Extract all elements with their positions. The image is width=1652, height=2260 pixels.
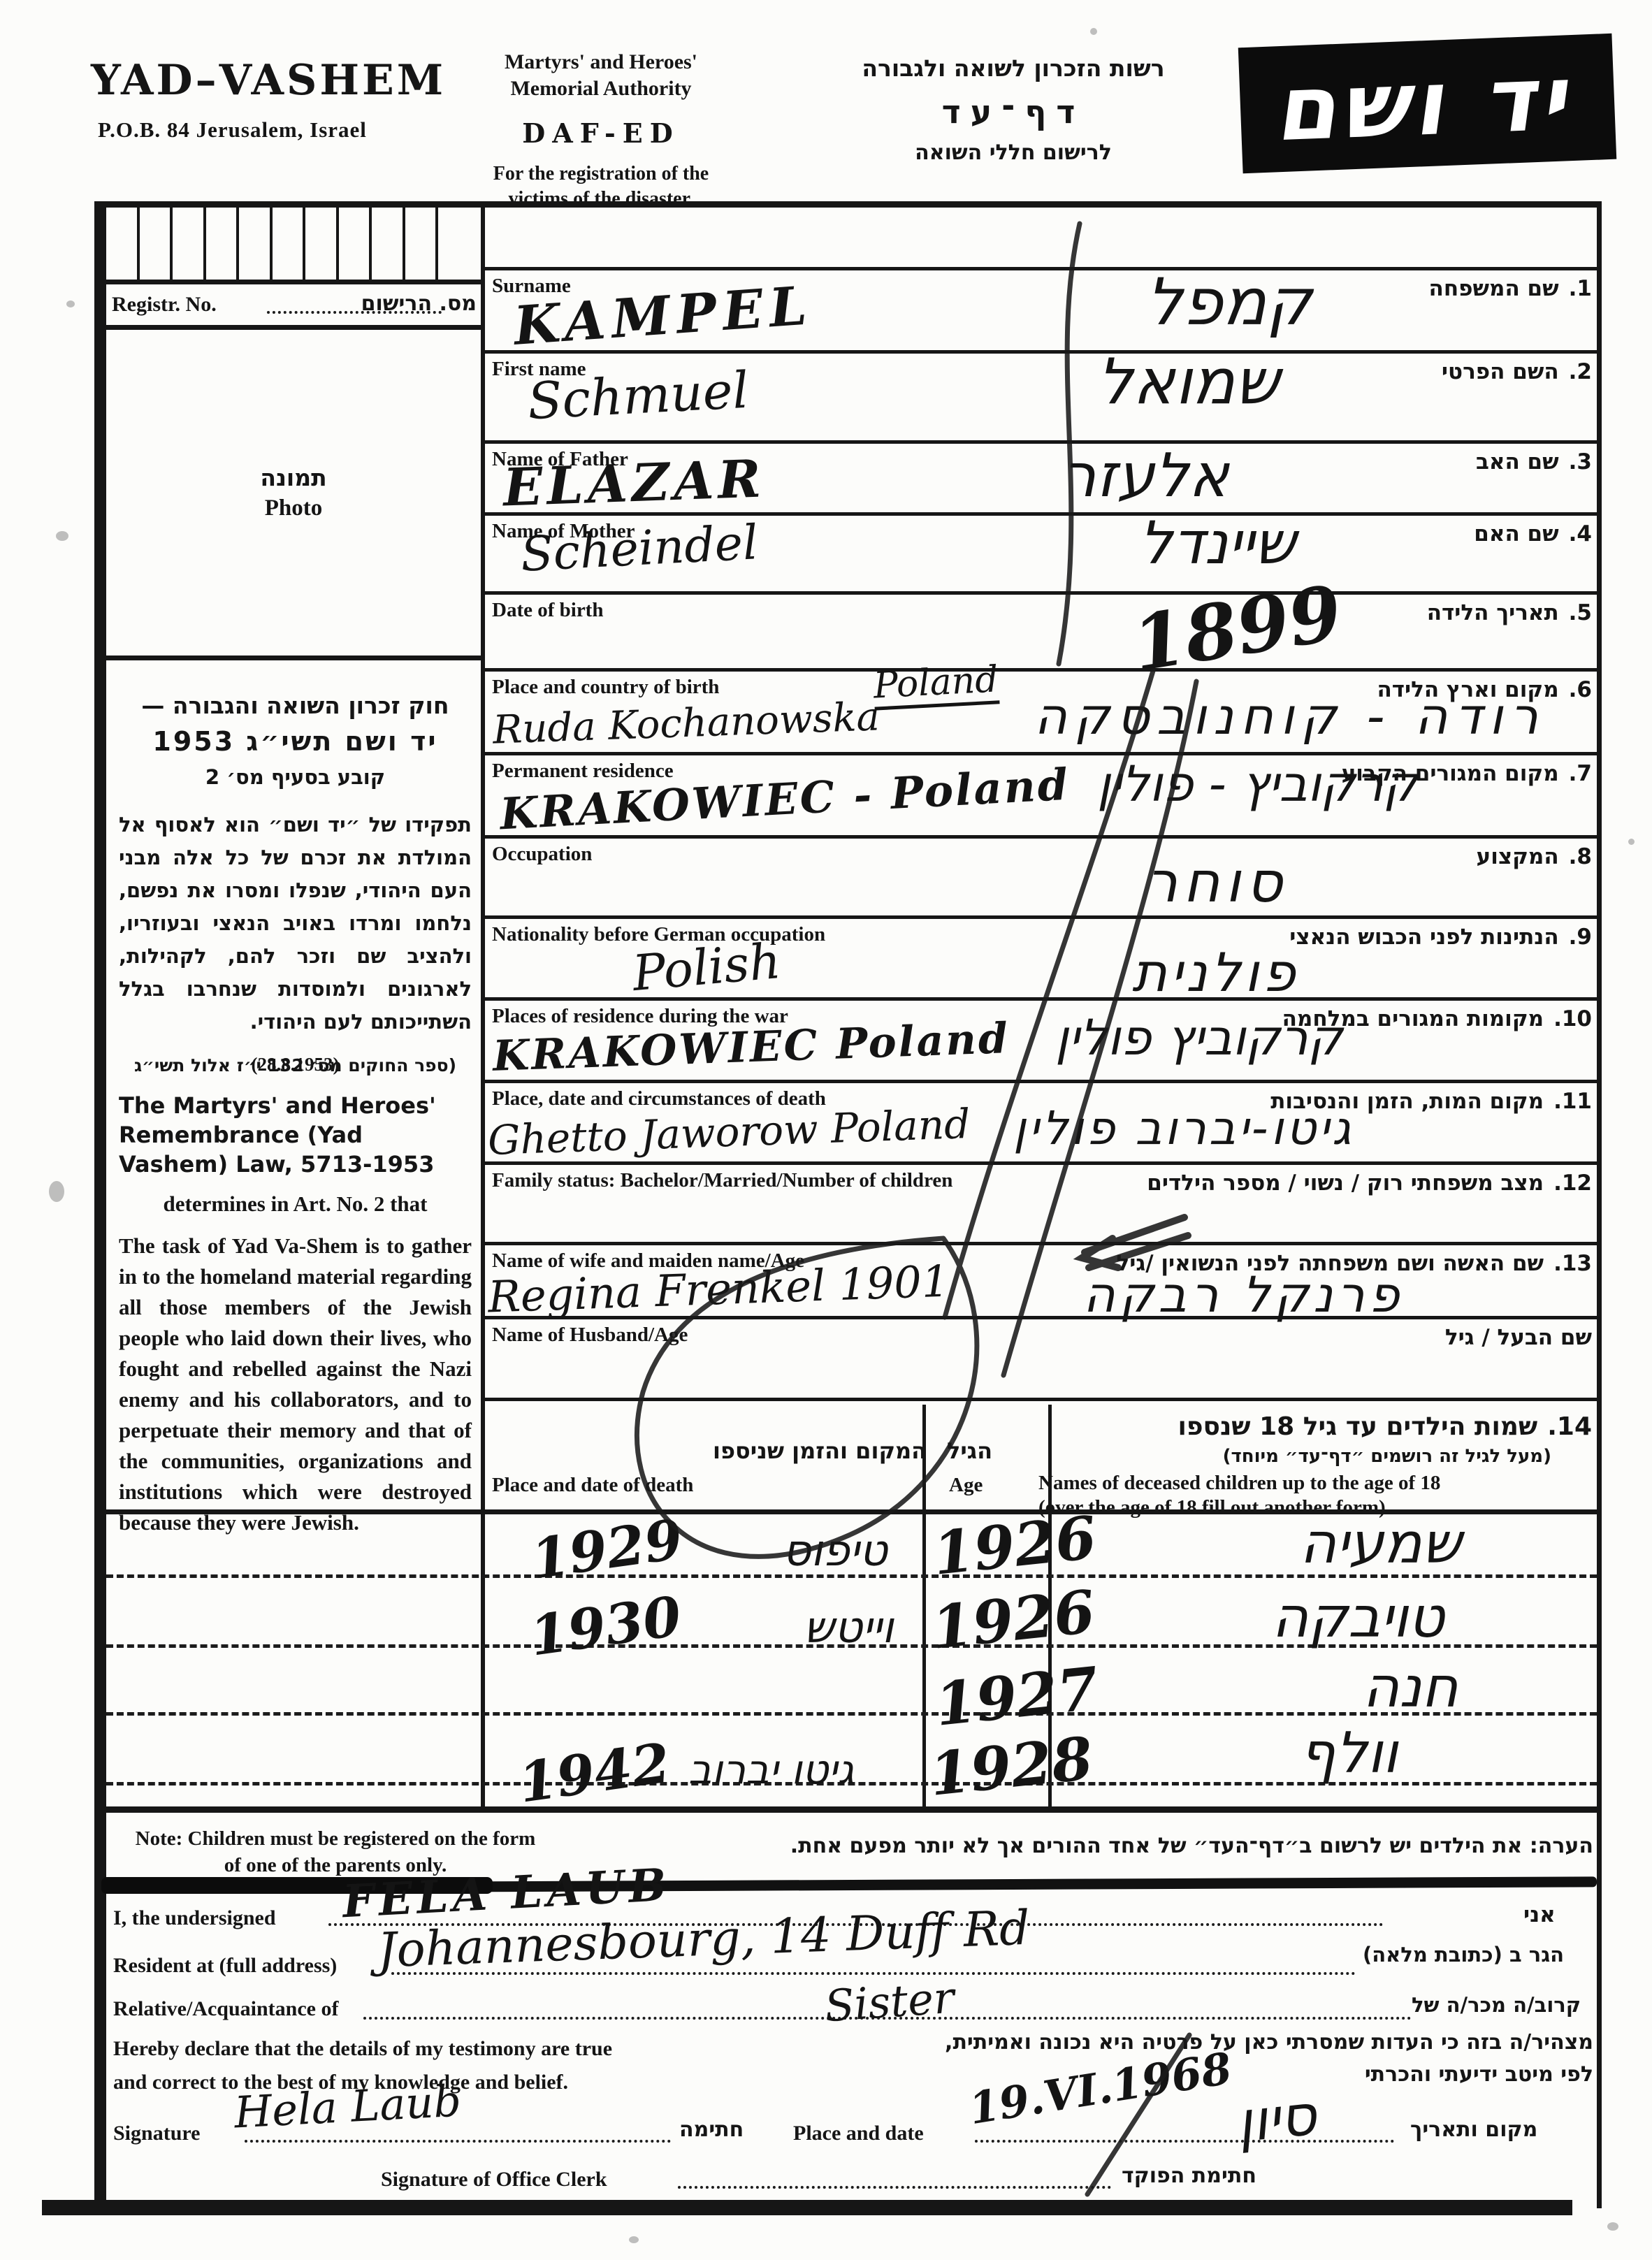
form-left-border — [94, 201, 106, 2208]
surname-handwritten-hebrew: קמפל — [1146, 265, 1312, 340]
registration-cell — [438, 208, 481, 280]
registration-cell — [339, 208, 372, 280]
birthplace-handwritten-hebrew: רודה - קוחנובסקה — [1034, 687, 1545, 746]
form-bottom-border — [42, 2200, 1572, 2215]
signature-label-he: חתימה — [679, 2117, 744, 2142]
law-he-title3: קובע בסעיף מס׳ 2 — [119, 765, 472, 789]
form-name-hebrew: דף־עד — [818, 93, 1209, 131]
declare-en: Hereby declare that the details of my te… — [113, 2032, 812, 2099]
resident-label-he: הגר ב (כתובת מלאה) — [1363, 1943, 1564, 1966]
law-he-title1: חוק זכרון השואה והגבורה — — [119, 692, 472, 719]
scan-speckle — [1607, 2222, 1618, 2231]
occupation-handwritten-hebrew: סוחר — [1146, 850, 1288, 915]
registration-cells-bottom-line — [106, 280, 481, 284]
field-row-firstname: First name .2השם הפרטי Schmuel שמואל — [482, 350, 1600, 444]
photo-box-bottom-line — [106, 655, 481, 660]
firstname-handwritten: Schmuel — [526, 361, 750, 430]
resident-label-en: Resident at (full address) — [113, 1954, 337, 1978]
photo-label-he: תמונה — [260, 464, 326, 491]
children-section-header: .14שמות הילדים עד גיל 18 שנספו (מעל לגיל… — [482, 1398, 1600, 1513]
registration-cell — [239, 208, 273, 280]
death-handwritten-hebrew: גיטו-יברוב פולין — [1013, 1101, 1354, 1155]
mother-handwritten-hebrew: שיינדל — [1139, 509, 1296, 577]
family-status-label-he: .12מצב משפחתי רוק / נשוי / מספר הילדים — [1147, 1171, 1592, 1196]
firstname-label-he: .2השם הפרטי — [1442, 359, 1592, 384]
daf-ed-testimony-form: YAD–VASHEM P.O.B. 84 Jerusalem, Israel M… — [0, 0, 1652, 2260]
field-row-residence: Permanent residence .7מקום המגורים הקבוע… — [482, 752, 1600, 839]
child2-name: טויבקה — [1272, 1585, 1444, 1650]
registration-cell — [405, 208, 439, 280]
birthdate-label-en: Date of birth — [492, 599, 603, 622]
registration-strip-bottom-line — [106, 325, 481, 330]
undersigned-label-en: I, the undersigned — [113, 1906, 276, 1930]
field-row-war-residence: Places of residence during the war .10מק… — [482, 997, 1600, 1083]
scan-speckle — [629, 2236, 639, 2243]
note-he: הערה: את הילדים יש לרשום ב״דף־העד״ של אח… — [559, 1834, 1593, 1858]
registration-cell — [140, 208, 173, 280]
field-row-occupation: Occupation .8המקצוע סוחר — [482, 835, 1600, 919]
field-row-birthplace: Place and country of birth .6מקום וארץ ה… — [482, 668, 1600, 755]
child1-name: שמעיה — [1300, 1511, 1461, 1576]
field-row-death: Place, date and circumstances of death .… — [482, 1080, 1600, 1165]
place-date-label-he: מקום ותאריך — [1410, 2117, 1537, 2142]
birthdate-label-he: .5תאריך הלידה — [1427, 600, 1592, 625]
logo-text: יד ושם — [1273, 45, 1583, 161]
father-handwritten: ELAZAR — [502, 449, 767, 518]
age-column-left-line — [922, 1405, 926, 1806]
col-age-he: הגיל — [947, 1437, 992, 1464]
photo-label-en: Photo — [265, 495, 323, 521]
child1-death-he: טיפוס — [783, 1525, 887, 1576]
scan-speckle — [66, 300, 75, 307]
occupation-label-en: Occupation — [492, 843, 592, 866]
col-age-en: Age — [949, 1474, 983, 1497]
org-title: YAD–VASHEM — [91, 56, 446, 105]
authority-line2: Memorial Authority — [433, 75, 769, 102]
authority-line1: Martyrs' and Heroes' — [433, 49, 769, 75]
field-row-family-status: Family status: Bachelor/Married/Number o… — [482, 1161, 1600, 1245]
law-en-body: The task of Yad Va-Shem is to gather in … — [119, 1231, 472, 1538]
yad-vashem-logo: יד ושם — [1238, 34, 1617, 173]
law-english-block: (28.8.1953) The Martyrs' and Heroes' Rem… — [119, 1054, 472, 1538]
mother-handwritten: Scheindel — [519, 515, 759, 583]
place-handwritten-hebrew: סיון — [1233, 2082, 1319, 2154]
field-row-birthdate: Date of birth .5תאריך הלידה 1899 — [482, 591, 1600, 672]
registration-cell — [372, 208, 405, 280]
law-en-sub: determines in Art. No. 2 that — [119, 1191, 472, 1217]
clerk-label-he: חתימת הפוקד — [1122, 2164, 1256, 2188]
header-hebrew-block: רשות הזכרון לשואה ולגבורה דף־עד לרישום ח… — [818, 55, 1209, 165]
birthplace-handwritten: Ruda Kochanowska — [492, 694, 881, 753]
war-residence-handwritten-hebrew: קרקוביץ פולין — [1055, 1009, 1342, 1066]
residence-handwritten-hebrew: קרקוביץ - פולין — [1097, 755, 1418, 813]
children-title-he: .14שמות הילדים עד גיל 18 שנספו — [1178, 1412, 1592, 1441]
law-he-body: תפקידו של ״יד ושם״ הוא לאסוף אל המולדת א… — [119, 809, 472, 1038]
col-place-en: Place and date of death — [492, 1474, 693, 1497]
law-he-title2: יד ושם תשי״ג 1953 — [119, 726, 472, 757]
nationality-handwritten: Polish — [630, 932, 783, 1002]
registration-number-strip: Registr. No. מס. הרישום — [106, 284, 481, 325]
child2-age: 1926 — [928, 1577, 1098, 1663]
scan-speckle — [49, 1181, 64, 1202]
child4-death: 1942 — [515, 1731, 674, 1815]
field-row-father: Name of Father .3שם האב ELAZAR אלעזר — [482, 440, 1600, 516]
registration-cell — [273, 208, 306, 280]
place-date-label-en: Place and date — [793, 2122, 924, 2145]
husband-label-he: שם הבעל / גיל — [1445, 1325, 1592, 1350]
field-row-mother: Name of Mother .4שם האם Scheindel שיינדל — [482, 512, 1600, 595]
birthplace-country-handwritten: Poland — [872, 658, 999, 710]
relative-label-he: קרוב/ה מכר/ה של — [1412, 1993, 1581, 2017]
registration-cell — [206, 208, 240, 280]
husband-label-en: Name of Husband/Age — [492, 1324, 688, 1347]
field-row-nationality: Nationality before German occupation .9ה… — [482, 915, 1600, 1001]
signature-label-en: Signature — [113, 2122, 200, 2145]
registration-cell — [305, 208, 339, 280]
family-status-label-en: Family status: Bachelor/Married/Number o… — [492, 1169, 952, 1192]
registration-cell — [173, 208, 206, 280]
child2-death-he: וייטש — [804, 1602, 894, 1653]
firstname-handwritten-hebrew: שמואל — [1097, 345, 1280, 419]
law-hebrew-block: חוק זכרון השואה והגבורה — יד ושם תשי״ג 1… — [119, 692, 472, 1075]
relative-label-en: Relative/Acquaintance of — [113, 1997, 338, 2021]
residence-label-en: Permanent residence — [492, 760, 674, 783]
form-name: DAF-ED — [433, 117, 769, 149]
purpose-hebrew: לרישום חללי השואה — [818, 140, 1209, 165]
mother-label-he: .4שם האם — [1474, 521, 1592, 546]
child1-death: 1929 — [528, 1507, 687, 1591]
wife-handwritten-hebrew: פרנקל רבקה — [1083, 1266, 1403, 1324]
birthplace-label-en: Place and country of birth — [492, 676, 719, 699]
registration-label-en: Registr. No. — [112, 293, 217, 317]
child2-death: 1930 — [526, 1584, 686, 1668]
org-address: P.O.B. 84 Jerusalem, Israel — [98, 117, 367, 143]
registration-label-he: מס. הרישום — [361, 291, 477, 316]
registration-cell — [106, 208, 140, 280]
photo-box: תמונה Photo — [106, 330, 481, 655]
occupation-label-he: .8המקצוע — [1477, 844, 1592, 869]
org-title-hebrew: רשות הזכרון לשואה ולגבורה — [818, 55, 1209, 82]
scan-speckle — [56, 531, 68, 541]
field-row-wife: Name of wife and maiden name/Age .13שם ה… — [482, 1242, 1600, 1319]
form-top-border — [94, 201, 1602, 208]
law-he-ref2: (28.8.1953) — [119, 1054, 472, 1075]
father-label-he: .3שם האב — [1476, 449, 1592, 475]
child3-name: חנה — [1363, 1655, 1458, 1720]
relative-handwritten: Sister — [823, 1972, 956, 2032]
surname-label-he: .1שם המשפחה — [1429, 276, 1592, 301]
purpose-line1: For the registration of the — [433, 161, 769, 187]
nationality-label-he: .9הנתינות לפני הכבוש הנאצי — [1289, 925, 1592, 950]
field-row-husband: Name of Husband/Age שם הבעל / גיל — [482, 1316, 1600, 1401]
nationality-handwritten-hebrew: פולנית — [1132, 941, 1299, 1004]
children-sub-he: (מעל לגיל זה רושמים ״דף־עד״ מיוחד) — [1223, 1446, 1551, 1467]
scan-speckle — [1090, 28, 1097, 35]
col-place-he: המקום והזמן שניספו — [713, 1437, 927, 1464]
children-table-bottom-line — [106, 1806, 1597, 1813]
registration-number-cells — [106, 208, 481, 280]
clerk-line — [678, 2158, 1111, 2189]
child4-death-he: גיטו יברוב — [688, 1746, 854, 1793]
undersigned-label-he: אני — [1523, 1902, 1556, 1927]
authority-block: Martyrs' and Heroes' Memorial Authority … — [433, 49, 769, 212]
clerk-label-en: Signature of Office Clerk — [381, 2168, 607, 2192]
law-en-title: The Martyrs' and Heroes' Remembrance (Ya… — [119, 1091, 472, 1179]
scan-speckle — [1628, 839, 1635, 845]
field-row-surname: Surname .1שם המשפחה KAMPEL קמפל — [482, 267, 1600, 354]
child4-name: וולף — [1300, 1721, 1398, 1785]
father-handwritten-hebrew: אלעזר — [1062, 441, 1229, 511]
